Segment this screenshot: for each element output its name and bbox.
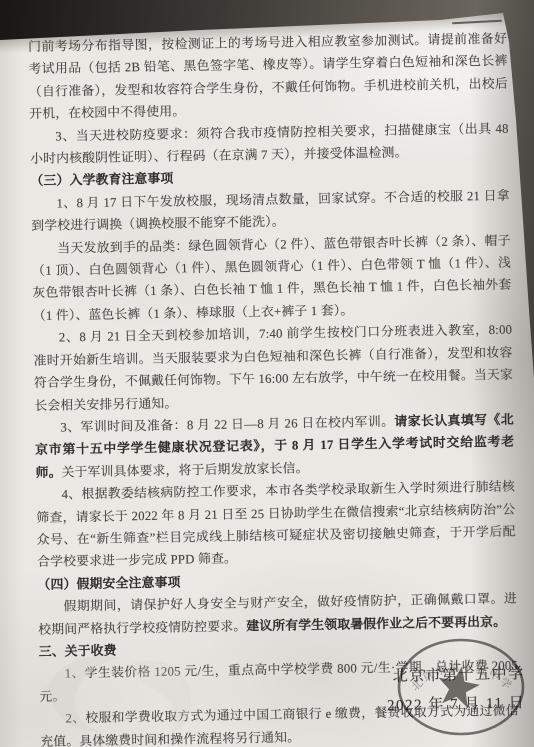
paragraph: 门前考场分布指导图，按检测证上的考场号进入相应教室参加测试。请提前准备好考试用品… xyxy=(28,28,508,126)
paper-sheet: 门前考场分布指导图，按检测证上的考场号进入相应教室参加测试。请提前准备好考试用品… xyxy=(0,0,534,747)
photo-backdrop: 门前考场分布指导图，按检测证上的考场号进入相应教室参加测试。请提前准备好考试用品… xyxy=(0,0,534,747)
paragraph: 当天发放到手的品类：绿色圆领背心（2 件）、蓝色带银杏叶长裤（2 条）、帽子（1… xyxy=(32,229,512,327)
paragraph: 3、军训时间及准备：8 月 22 日—8 月 26 日在校内军训。请家长认真填写… xyxy=(35,408,515,484)
watermark-logo xyxy=(18,636,258,747)
paragraph: 假期期间，请保护好人身安全与财产安全，做好疫情防护，正确佩戴口罩。进校期间严格执… xyxy=(38,588,518,641)
school-seal: 北京市第十五中学 xyxy=(394,636,530,740)
paragraph: 2、8 月 21 日全天到校参加培训，7:40 前学生按校门口分班表进入教室，8… xyxy=(33,319,513,417)
paragraph: 4、根据教委结核病防控工作要求，本市各类学校录取新生入学时须进行肺结核筛查，请家… xyxy=(36,476,516,574)
